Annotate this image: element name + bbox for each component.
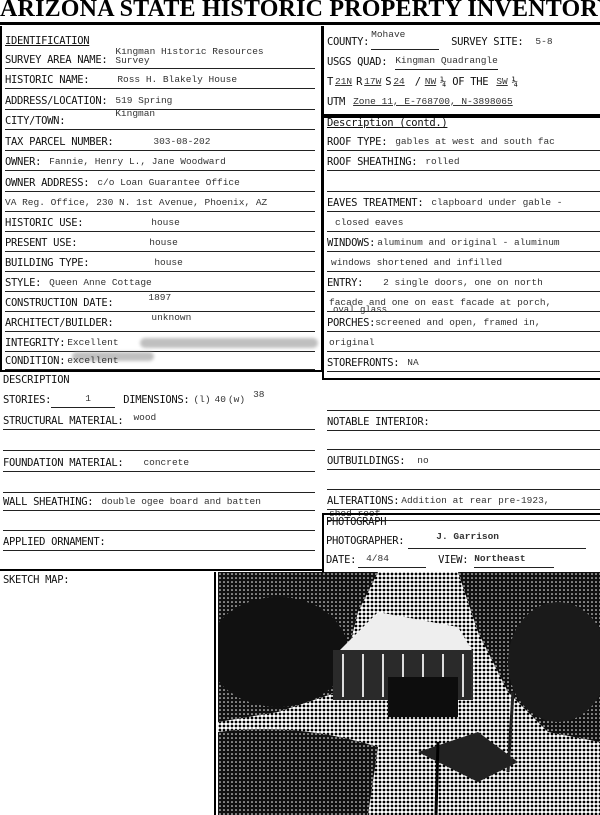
dimensions-l-label: (l) xyxy=(193,394,210,408)
owner-field[interactable]: OWNER: Fannie, Henry L., Jane Woodward xyxy=(5,150,315,171)
notable-blank-line[interactable] xyxy=(327,390,600,411)
roof-type-label: ROOF TYPE: xyxy=(327,136,387,150)
redaction-smear xyxy=(140,338,318,348)
windows-label: WINDOWS: xyxy=(327,237,375,251)
stories-dimensions-field[interactable]: STORIES: 1 DIMENSIONS: (l) 40 (w) 38 xyxy=(3,388,315,408)
identification-heading: IDENTIFICATION xyxy=(5,35,89,47)
survey-area-value: Kingman Historic Resources Survey xyxy=(115,48,295,68)
windows-field[interactable]: WINDOWS: aluminum and original - aluminu… xyxy=(327,231,600,252)
view-value: Northeast xyxy=(474,553,554,568)
eaves-line2[interactable]: closed eaves xyxy=(327,211,600,232)
address-field[interactable]: ADDRESS/LOCATION: 519 Spring xyxy=(5,89,315,110)
roof-sheathing-value: rolled xyxy=(425,156,459,170)
wall-blank-line[interactable] xyxy=(3,510,315,531)
tax-parcel-field[interactable]: TAX PARCEL NUMBER: 303-08-202 xyxy=(5,130,315,151)
alterations-field[interactable]: ALTERATIONS: Addition at rear pre-1923, xyxy=(327,489,600,510)
porches-label: PORCHES: xyxy=(327,317,375,331)
condition-value: excellent xyxy=(67,355,118,369)
survey-area-field[interactable]: SURVEY AREA NAME: Kingman Historic Resou… xyxy=(5,48,315,69)
city-value: Kingman xyxy=(115,109,155,129)
property-photo xyxy=(218,572,600,815)
survey-site-value: 5-8 xyxy=(535,36,552,50)
usgs-quad-value: Kingman Quadrangle xyxy=(395,55,498,70)
township-label: T xyxy=(327,76,333,90)
eaves-field[interactable]: EAVES TREATMENT: clapboard under gable - xyxy=(327,191,600,212)
dimensions-label: DIMENSIONS: xyxy=(123,394,189,408)
foundation-value: concrete xyxy=(143,457,189,471)
entry-value: 2 single doors, one on north xyxy=(383,277,543,291)
city-label: CITY/TOWN: xyxy=(5,115,65,129)
usgs-quad-field[interactable]: USGS QUAD: Kingman Quadrangle xyxy=(327,50,600,70)
style-value: Queen Anne Cottage xyxy=(49,277,152,291)
building-type-label: BUILDING TYPE: xyxy=(5,257,89,271)
description-contd-heading: Description (contd.) xyxy=(327,117,447,129)
historic-name-value: Ross H. Blakely House xyxy=(117,74,237,88)
historic-use-field[interactable]: HISTORIC USE: house xyxy=(5,211,315,232)
building-type-value: house xyxy=(154,257,183,271)
porches-value: screened and open, framed in, xyxy=(375,317,540,331)
survey-site-label: SURVEY SITE: xyxy=(451,36,523,50)
storefronts-value: NA xyxy=(407,357,418,371)
roof-type-value: gables at west and south fac xyxy=(395,136,555,150)
structural-material-value: wood xyxy=(133,412,156,429)
porches-line2[interactable]: original xyxy=(327,331,600,352)
porches-field[interactable]: PORCHES: screened and open, framed in, xyxy=(327,311,600,332)
windows-line2[interactable]: windows shortened and infilled xyxy=(327,251,600,272)
owner-value: Fannie, Henry L., Jane Woodward xyxy=(49,156,226,170)
alterations-value: Addition at rear pre-1923, xyxy=(401,495,549,509)
slash: / xyxy=(415,76,421,90)
storefronts-field[interactable]: STOREFRONTS: NA xyxy=(327,351,600,372)
owner-address-field[interactable]: OWNER ADDRESS: c/o Loan Guarantee Office xyxy=(5,171,315,192)
dimensions-length-value: 40 xyxy=(215,394,226,408)
owner-address-label: OWNER ADDRESS: xyxy=(5,177,89,191)
roof-sheathing-field[interactable]: ROOF SHEATHING: rolled xyxy=(327,150,600,171)
city-field[interactable]: CITY/TOWN: Kingman xyxy=(5,109,315,130)
windows-value-2: windows shortened and infilled xyxy=(331,257,502,271)
historic-use-value: house xyxy=(151,217,180,231)
title-rule xyxy=(0,22,600,25)
owner-address-line2[interactable]: VA Reg. Office, 230 N. 1st Avenue, Phoen… xyxy=(5,191,315,212)
construction-date-field[interactable]: CONSTRUCTION DATE: 1897 xyxy=(5,291,315,312)
description-heading: DESCRIPTION xyxy=(3,374,69,386)
eaves-label: EAVES TREATMENT: xyxy=(327,197,423,211)
usgs-quad-label: USGS QUAD: xyxy=(327,56,387,70)
tax-parcel-value: 303-08-202 xyxy=(153,136,210,150)
stories-value: 1 xyxy=(51,393,115,408)
photograph-heading: PHOTOGRAPH xyxy=(326,516,386,528)
structural-material-field[interactable]: STRUCTURAL MATERIAL: wood xyxy=(3,409,315,430)
roof-blank-line[interactable] xyxy=(327,171,600,192)
eaves-value-2: closed eaves xyxy=(335,217,403,231)
historic-use-label: HISTORIC USE: xyxy=(5,217,83,231)
township-range-field[interactable]: T 21N R 17W S 24 / NW ¼ OF THE SW ¼ xyxy=(327,70,600,90)
style-label: STYLE: xyxy=(5,277,41,291)
quarter-value-2: SW xyxy=(496,76,507,90)
foundation-label: FOUNDATION MATERIAL: xyxy=(3,457,123,471)
quarter-value-1: NW xyxy=(425,76,436,90)
owner-label: OWNER: xyxy=(5,156,41,170)
historic-name-label: HISTORIC NAME: xyxy=(5,74,89,88)
entry-field[interactable]: ENTRY: 2 single doors, one on north xyxy=(327,271,600,292)
township-value: 21N xyxy=(335,76,352,90)
quarter-symbol: ¼ xyxy=(512,76,518,90)
utm-label: UTM xyxy=(327,96,345,110)
roof-sheathing-label: ROOF SHEATHING: xyxy=(327,156,417,170)
applied-ornament-label: APPLIED ORNAMENT: xyxy=(3,536,105,550)
construction-date-value: 1897 xyxy=(148,292,171,311)
survey-area-label: SURVEY AREA NAME: xyxy=(5,54,107,68)
present-use-field[interactable]: PRESENT USE: house xyxy=(5,231,315,252)
construction-date-label: CONSTRUCTION DATE: xyxy=(5,297,113,311)
county-label: COUNTY: xyxy=(327,36,369,50)
utm-value: Zone 11, E-768700, N-3898065 xyxy=(353,96,513,110)
date-value: 4/84 xyxy=(358,553,426,568)
section-value: 24 xyxy=(393,76,404,90)
stories-label: STORIES: xyxy=(3,394,51,408)
notable-interior-field[interactable]: NOTABLE INTERIOR: xyxy=(327,410,600,431)
sketch-map-label: SKETCH MAP: xyxy=(3,574,69,586)
condition-label: CONDITION: xyxy=(5,355,65,369)
photographer-field[interactable]: PHOTOGRAPHER: J. Garrison xyxy=(326,529,600,549)
present-use-label: PRESENT USE: xyxy=(5,237,77,251)
date-label: DATE: xyxy=(326,554,356,568)
dimensions-width-value: 38 xyxy=(253,389,264,408)
wall-sheathing-value: double ogee board and batten xyxy=(101,496,261,510)
wall-sheathing-field[interactable]: WALL SHEATHING: double ogee board and ba… xyxy=(3,490,315,511)
foundation-field[interactable]: FOUNDATION MATERIAL: concrete xyxy=(3,451,315,472)
owner-address-value: c/o Loan Guarantee Office xyxy=(97,177,240,191)
structural-blank-line[interactable] xyxy=(3,430,315,451)
range-label: R xyxy=(356,76,362,90)
historic-name-field[interactable]: HISTORIC NAME: Ross H. Blakely House xyxy=(5,68,315,89)
sketch-map-area xyxy=(0,588,215,815)
address-value: 519 Spring xyxy=(115,95,172,109)
building-type-field[interactable]: BUILDING TYPE: house xyxy=(5,251,315,272)
ornament-blank-line[interactable] xyxy=(3,550,315,571)
sketch-divider xyxy=(0,569,322,571)
outbuildings-label: OUTBUILDINGS: xyxy=(327,455,405,469)
photographer-label: PHOTOGRAPHER: xyxy=(326,535,404,549)
roof-type-field[interactable]: ROOF TYPE: gables at west and south fac xyxy=(327,130,600,151)
owner-address-value-2: VA Reg. Office, 230 N. 1st Avenue, Phoen… xyxy=(5,197,267,211)
architect-label: ARCHITECT/BUILDER: xyxy=(5,317,113,331)
style-field[interactable]: STYLE: Queen Anne Cottage xyxy=(5,271,315,292)
architect-value: unknown xyxy=(151,312,191,331)
county-field[interactable]: COUNTY: Mohave SURVEY SITE: 5-8 xyxy=(327,30,600,50)
utm-field[interactable]: UTM Zone 11, E-768700, N-3898065 xyxy=(327,90,600,110)
range-value: 17W xyxy=(364,76,381,90)
dimensions-w-label: (w) xyxy=(228,394,245,408)
eaves-value: clapboard under gable - xyxy=(431,197,562,211)
storefronts-label: STOREFRONTS: xyxy=(327,357,399,371)
architect-field[interactable]: ARCHITECT/BUILDER: unknown xyxy=(5,311,315,332)
alterations-label: ALTERATIONS: xyxy=(327,495,399,509)
wall-sheathing-label: WALL SHEATHING: xyxy=(3,496,93,510)
entry-label: ENTRY: xyxy=(327,277,363,291)
notable-interior-label: NOTABLE INTERIOR: xyxy=(327,416,429,430)
condition-field[interactable]: CONDITION: excellent xyxy=(5,349,315,370)
tax-parcel-label: TAX PARCEL NUMBER: xyxy=(5,136,113,150)
applied-ornament-field[interactable]: APPLIED ORNAMENT: xyxy=(3,530,315,551)
county-value: Mohave xyxy=(371,30,439,50)
present-use-value: house xyxy=(149,237,178,251)
structural-material-label: STRUCTURAL MATERIAL: xyxy=(3,415,123,429)
address-label: ADDRESS/LOCATION: xyxy=(5,95,107,109)
view-label: VIEW: xyxy=(438,554,468,568)
outbuildings-value: no xyxy=(417,455,428,469)
photographer-value: J. Garrison xyxy=(408,531,586,549)
form-title: ARIZONA STATE HISTORIC PROPERTY INVENTOR… xyxy=(0,0,600,23)
house-photo-image xyxy=(218,572,600,815)
windows-value: aluminum and original - aluminum xyxy=(377,237,559,251)
notable-blank-line-2[interactable] xyxy=(327,429,600,450)
photo-left-border xyxy=(214,572,216,815)
outbuildings-blank-line[interactable] xyxy=(327,469,600,490)
date-view-field[interactable]: DATE: 4/84 VIEW: Northeast xyxy=(326,548,600,568)
of-the-label: ¼ OF THE xyxy=(440,76,488,90)
porches-value-2: original xyxy=(329,337,375,351)
section-label: S xyxy=(385,76,391,90)
outbuildings-field[interactable]: OUTBUILDINGS: no xyxy=(327,449,600,470)
